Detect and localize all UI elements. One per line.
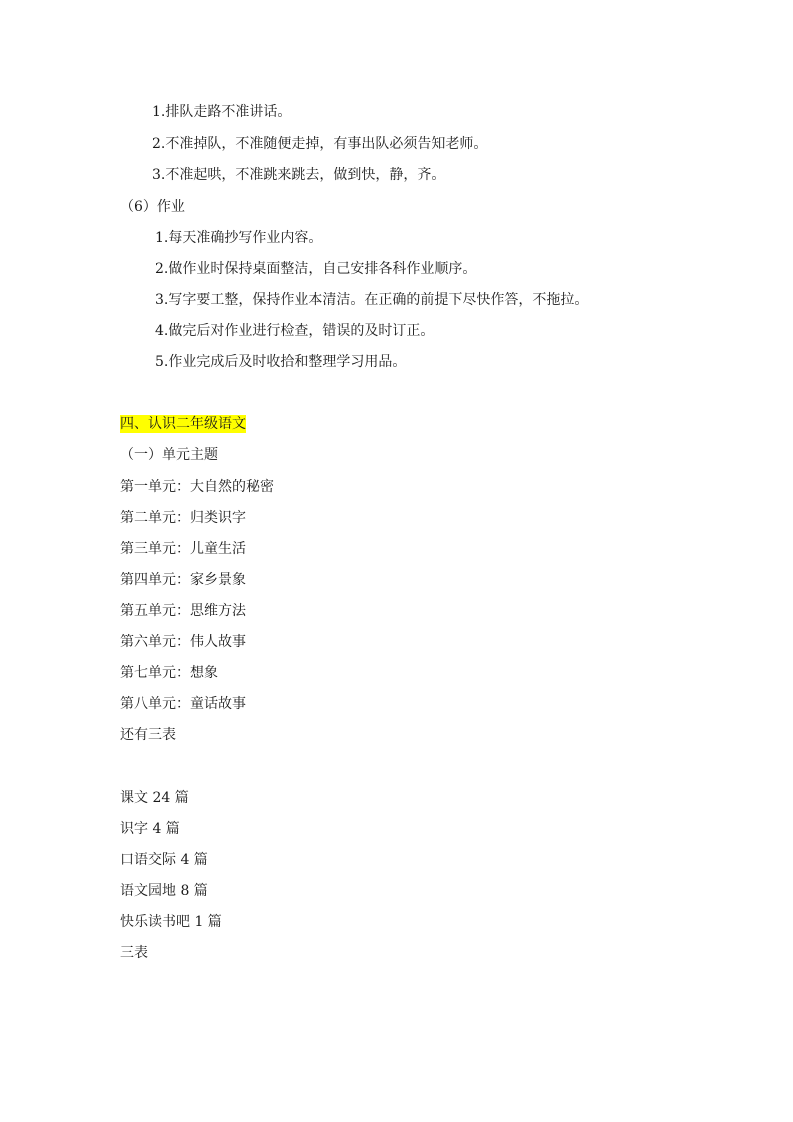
homework-item-5: 5.作业完成后及时收拾和整理学习用品。 [155,353,406,371]
count-tables: 三表 [120,944,148,962]
extra-note: 还有三表 [120,726,176,744]
queue-rule-3: 3.不准起哄，不准跳来跳去，做到快，静，齐。 [152,166,445,184]
queue-rule-2: 2.不准掉队，不准随便走掉，有事出队必须告知老师。 [152,135,487,153]
count-oral: 口语交际 4 篇 [120,851,208,869]
count-literacy: 识字 4 篇 [120,820,180,838]
unit-1: 第一单元：大自然的秘密 [120,478,274,496]
highlighted-heading: 四、认识二年级语文 [120,415,246,433]
homework-item-2: 2.做作业时保持桌面整洁，自己安排各科作业顺序。 [155,260,476,278]
count-texts: 课文 24 篇 [120,789,189,807]
unit-4: 第四单元：家乡景象 [120,571,246,589]
homework-item-4: 4.做完后对作业进行检查，错误的及时订正。 [155,322,434,340]
homework-heading: （6）作业 [120,198,185,216]
unit-theme-subheading: （一）单元主题 [120,446,218,464]
unit-7: 第七单元：想象 [120,664,218,682]
count-garden: 语文园地 8 篇 [120,882,208,900]
unit-8: 第八单元：童话故事 [120,695,246,713]
queue-rule-1: 1.排队走路不准讲话。 [152,103,291,121]
unit-3: 第三单元：儿童生活 [120,540,246,558]
unit-5: 第五单元：思维方法 [120,602,246,620]
count-reading: 快乐读书吧 1 篇 [120,913,222,931]
section-title: 四、认识二年级语文 [120,415,246,433]
homework-item-3: 3.写字要工整，保持作业本清洁。在正确的前提下尽快作答，不拖拉。 [155,291,588,309]
unit-2: 第二单元：归类识字 [120,509,246,527]
unit-6: 第六单元：伟人故事 [120,633,246,651]
homework-item-1: 1.每天准确抄写作业内容。 [155,229,322,247]
